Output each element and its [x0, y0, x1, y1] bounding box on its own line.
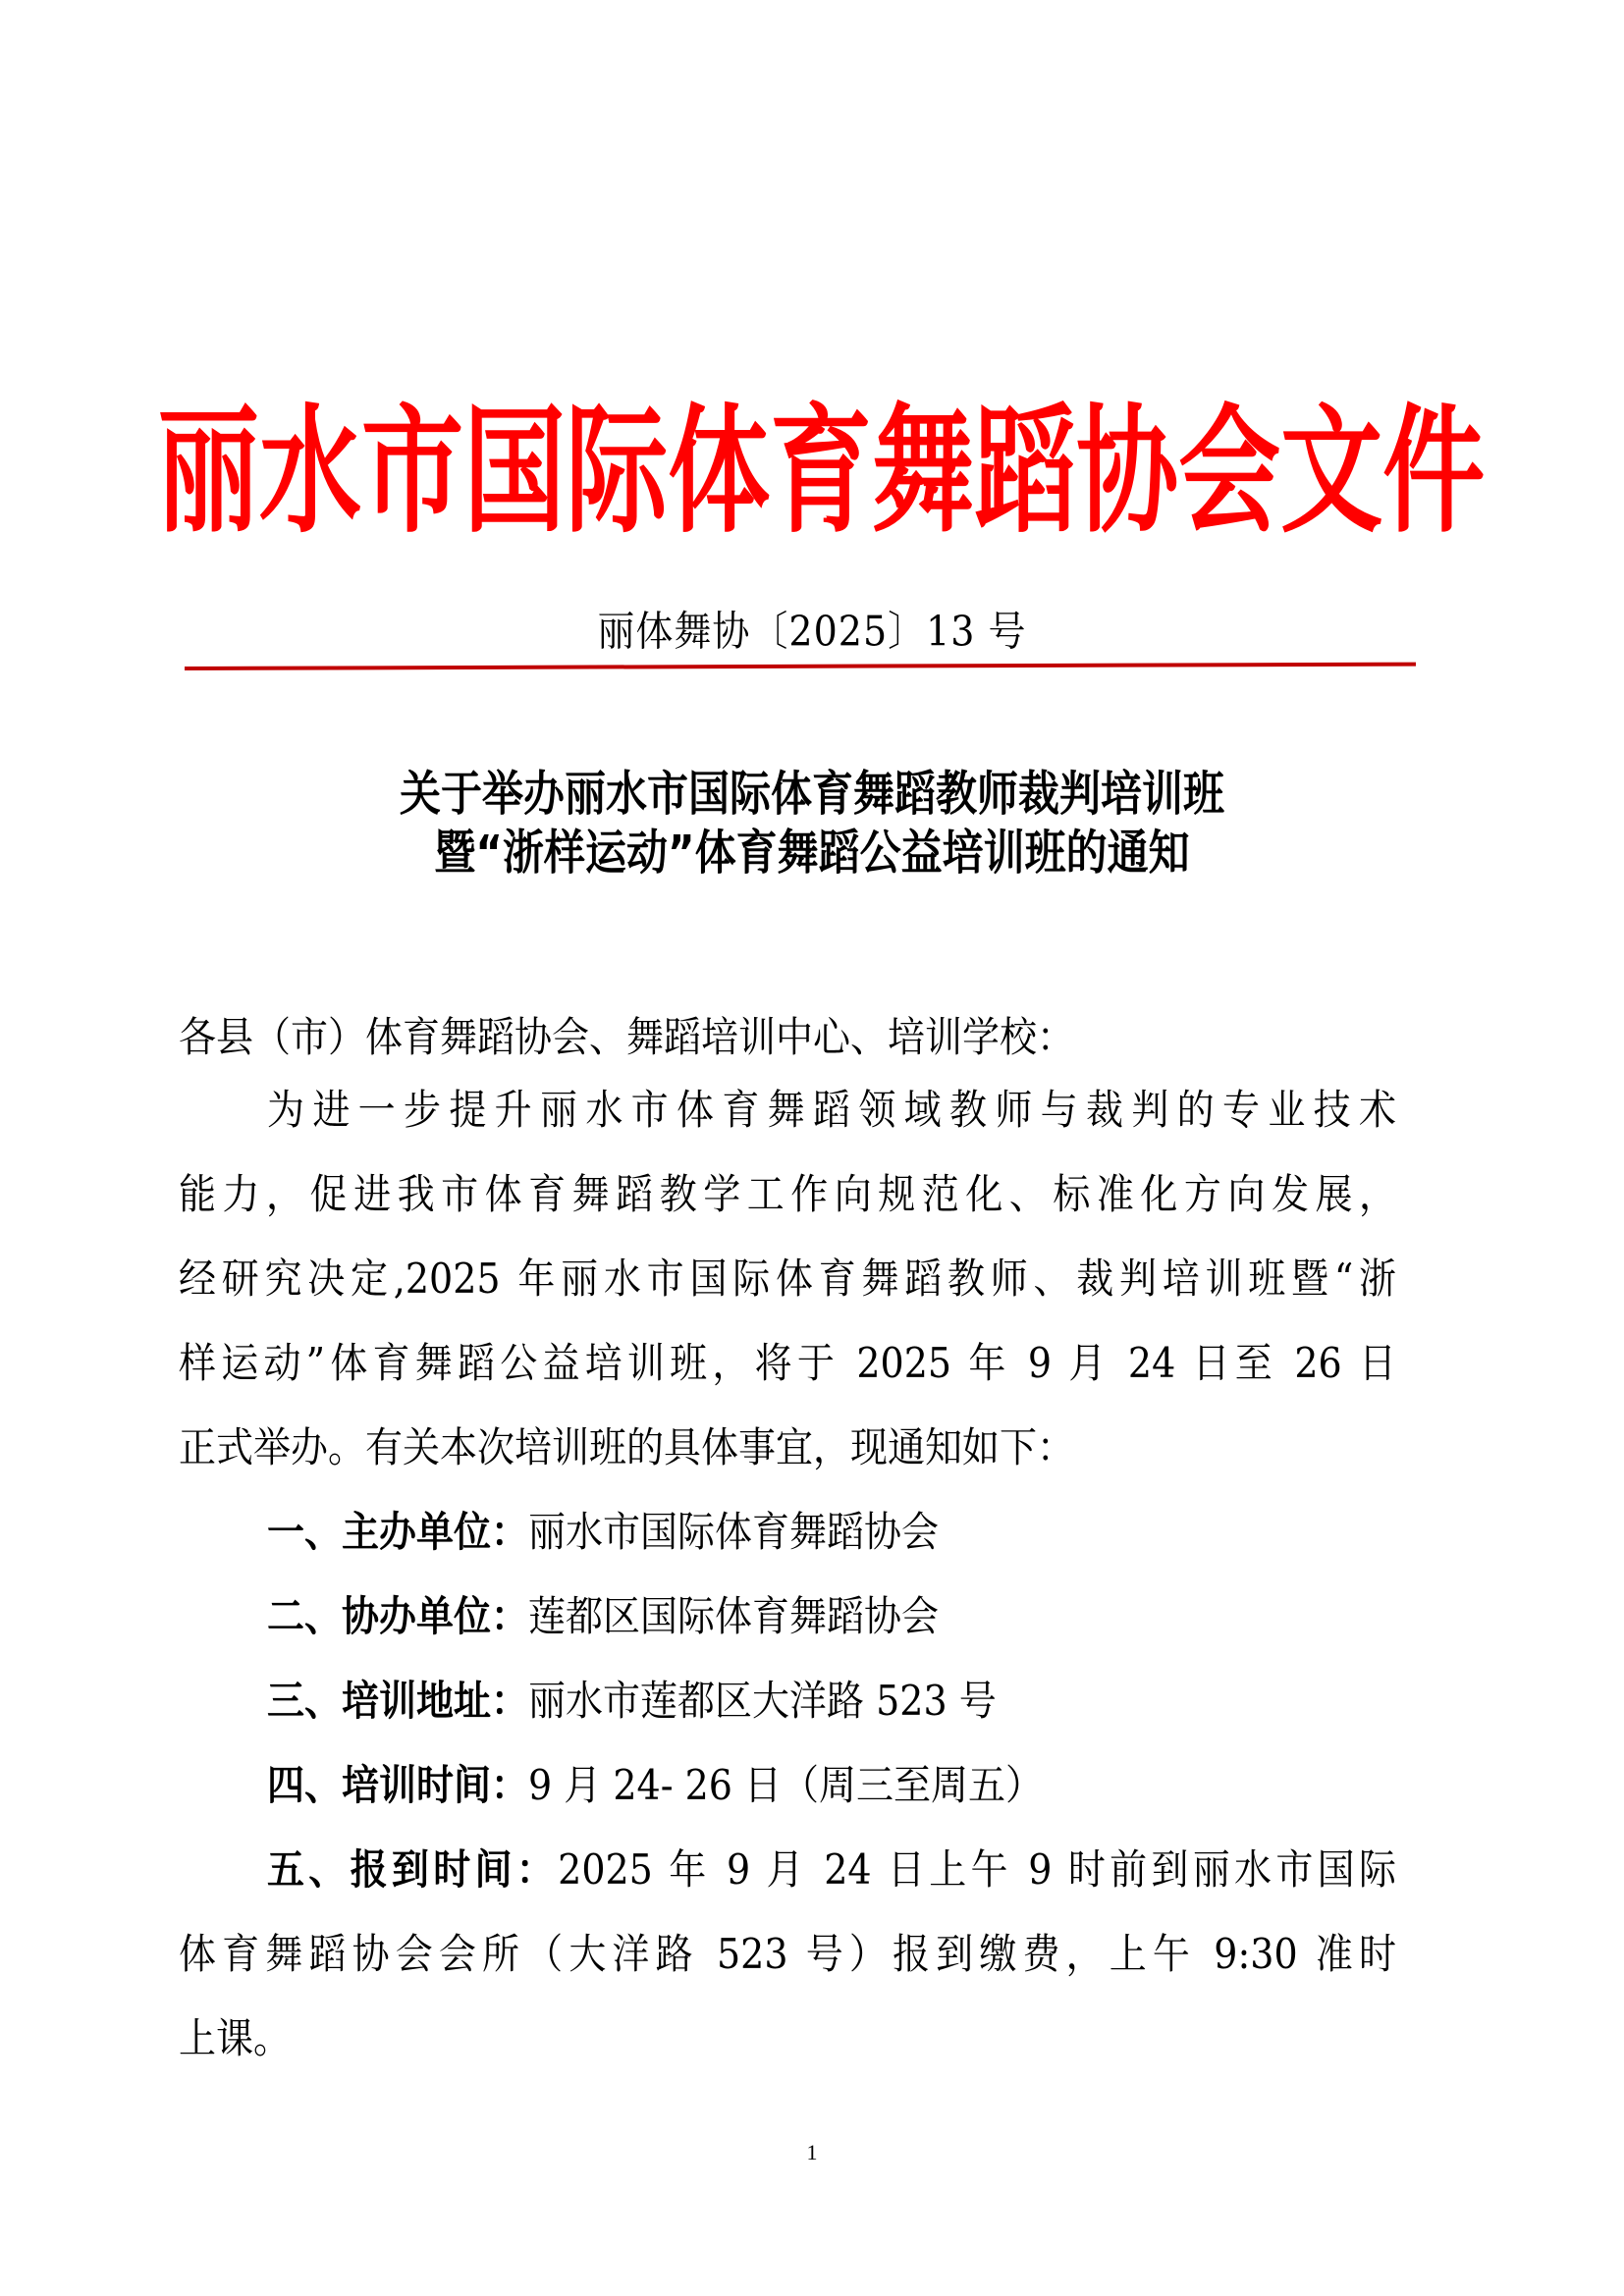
masthead-char: 件 — [1382, 402, 1485, 540]
item-organizer: 一、主办单位：丽水市国际体育舞蹈协会 — [267, 1512, 939, 1553]
masthead-char: 际 — [566, 402, 668, 540]
item-value: 丽水市国际体育舞蹈协会 — [528, 1509, 939, 1556]
salutation: 各县（市）体育舞蹈协会、舞蹈培训中心、培训学校： — [179, 1017, 1074, 1058]
red-divider-line — [185, 663, 1416, 670]
item-value: 莲都区国际体育舞蹈协会 — [528, 1593, 939, 1640]
masthead-title: 丽 水 市 国 际 体 育 舞 蹈 协 会 文 件 — [157, 393, 1434, 550]
masthead-char: 育 — [770, 402, 872, 540]
item-value: 9 月 24- 26 日（周三至周五） — [528, 1762, 1043, 1809]
item-label: 三、培训地址： — [267, 1678, 528, 1725]
item-registration-continuation: 上课。 — [179, 2018, 291, 2059]
masthead-char: 会 — [1178, 402, 1280, 540]
masthead-char: 舞 — [872, 402, 974, 540]
intro-paragraph-line: 能力，促进我市体育舞蹈教学工作向规范化、标准化方向发展， — [179, 1174, 1396, 1215]
masthead-char: 丽 — [157, 402, 259, 540]
item-label: 一、主办单位： — [267, 1509, 528, 1556]
item-registration-time: 五、报到时间：2025 年 9 月 24 日上午 9 时前到丽水市国际 — [267, 1849, 1396, 1891]
item-value: 丽水市莲都区大洋路 523 号 — [528, 1678, 997, 1725]
document-page: 丽 水 市 国 际 体 育 舞 蹈 协 会 文 件 丽体舞协〔2025〕13 号… — [0, 0, 1624, 2296]
page-number: 1 — [0, 2140, 1624, 2165]
masthead-char: 水 — [259, 402, 361, 540]
item-label: 四、培训时间： — [267, 1762, 528, 1809]
item-value: 2025 年 9 月 24 日上午 9 时前到丽水市国际 — [558, 1846, 1396, 1894]
intro-paragraph-line: 为进一步提升丽水市体育舞蹈领域教师与裁判的专业技术 — [267, 1090, 1396, 1131]
intro-paragraph-line: 样运动”体育舞蹈公益培训班，将于 2025 年 9 月 24 日至 26 日 — [179, 1343, 1396, 1384]
item-label: 二、协办单位： — [267, 1593, 528, 1640]
masthead-char: 体 — [668, 402, 770, 540]
masthead-char: 蹈 — [974, 402, 1076, 540]
masthead-char: 国 — [463, 402, 566, 540]
notice-title-line-2: 暨“浙样运动”体育舞蹈公益培训班的通知 — [0, 829, 1624, 877]
intro-paragraph-line: 经研究决定,2025 年丽水市国际体育舞蹈教师、裁判培训班暨“浙 — [179, 1258, 1396, 1300]
item-training-time: 四、培训时间：9 月 24- 26 日（周三至周五） — [267, 1765, 1043, 1806]
item-label: 五、报到时间： — [267, 1846, 558, 1894]
item-registration-continuation: 体育舞蹈协会会所（大洋路 523 号）报到缴费，上午 9:30 准时 — [179, 1934, 1396, 1975]
masthead-char: 市 — [361, 402, 463, 540]
masthead-char: 协 — [1076, 402, 1178, 540]
document-number: 丽体舞协〔2025〕13 号 — [0, 598, 1624, 658]
item-training-address: 三、培训地址：丽水市莲都区大洋路 523 号 — [267, 1681, 997, 1722]
item-co-organizer: 二、协办单位：莲都区国际体育舞蹈协会 — [267, 1596, 939, 1637]
notice-title-line-1: 关于举办丽水市国际体育舞蹈教师裁判培训班 — [0, 771, 1624, 818]
intro-paragraph-line: 正式举办。有关本次培训班的具体事宜，现通知如下： — [179, 1427, 1074, 1468]
masthead-char: 文 — [1280, 402, 1382, 540]
